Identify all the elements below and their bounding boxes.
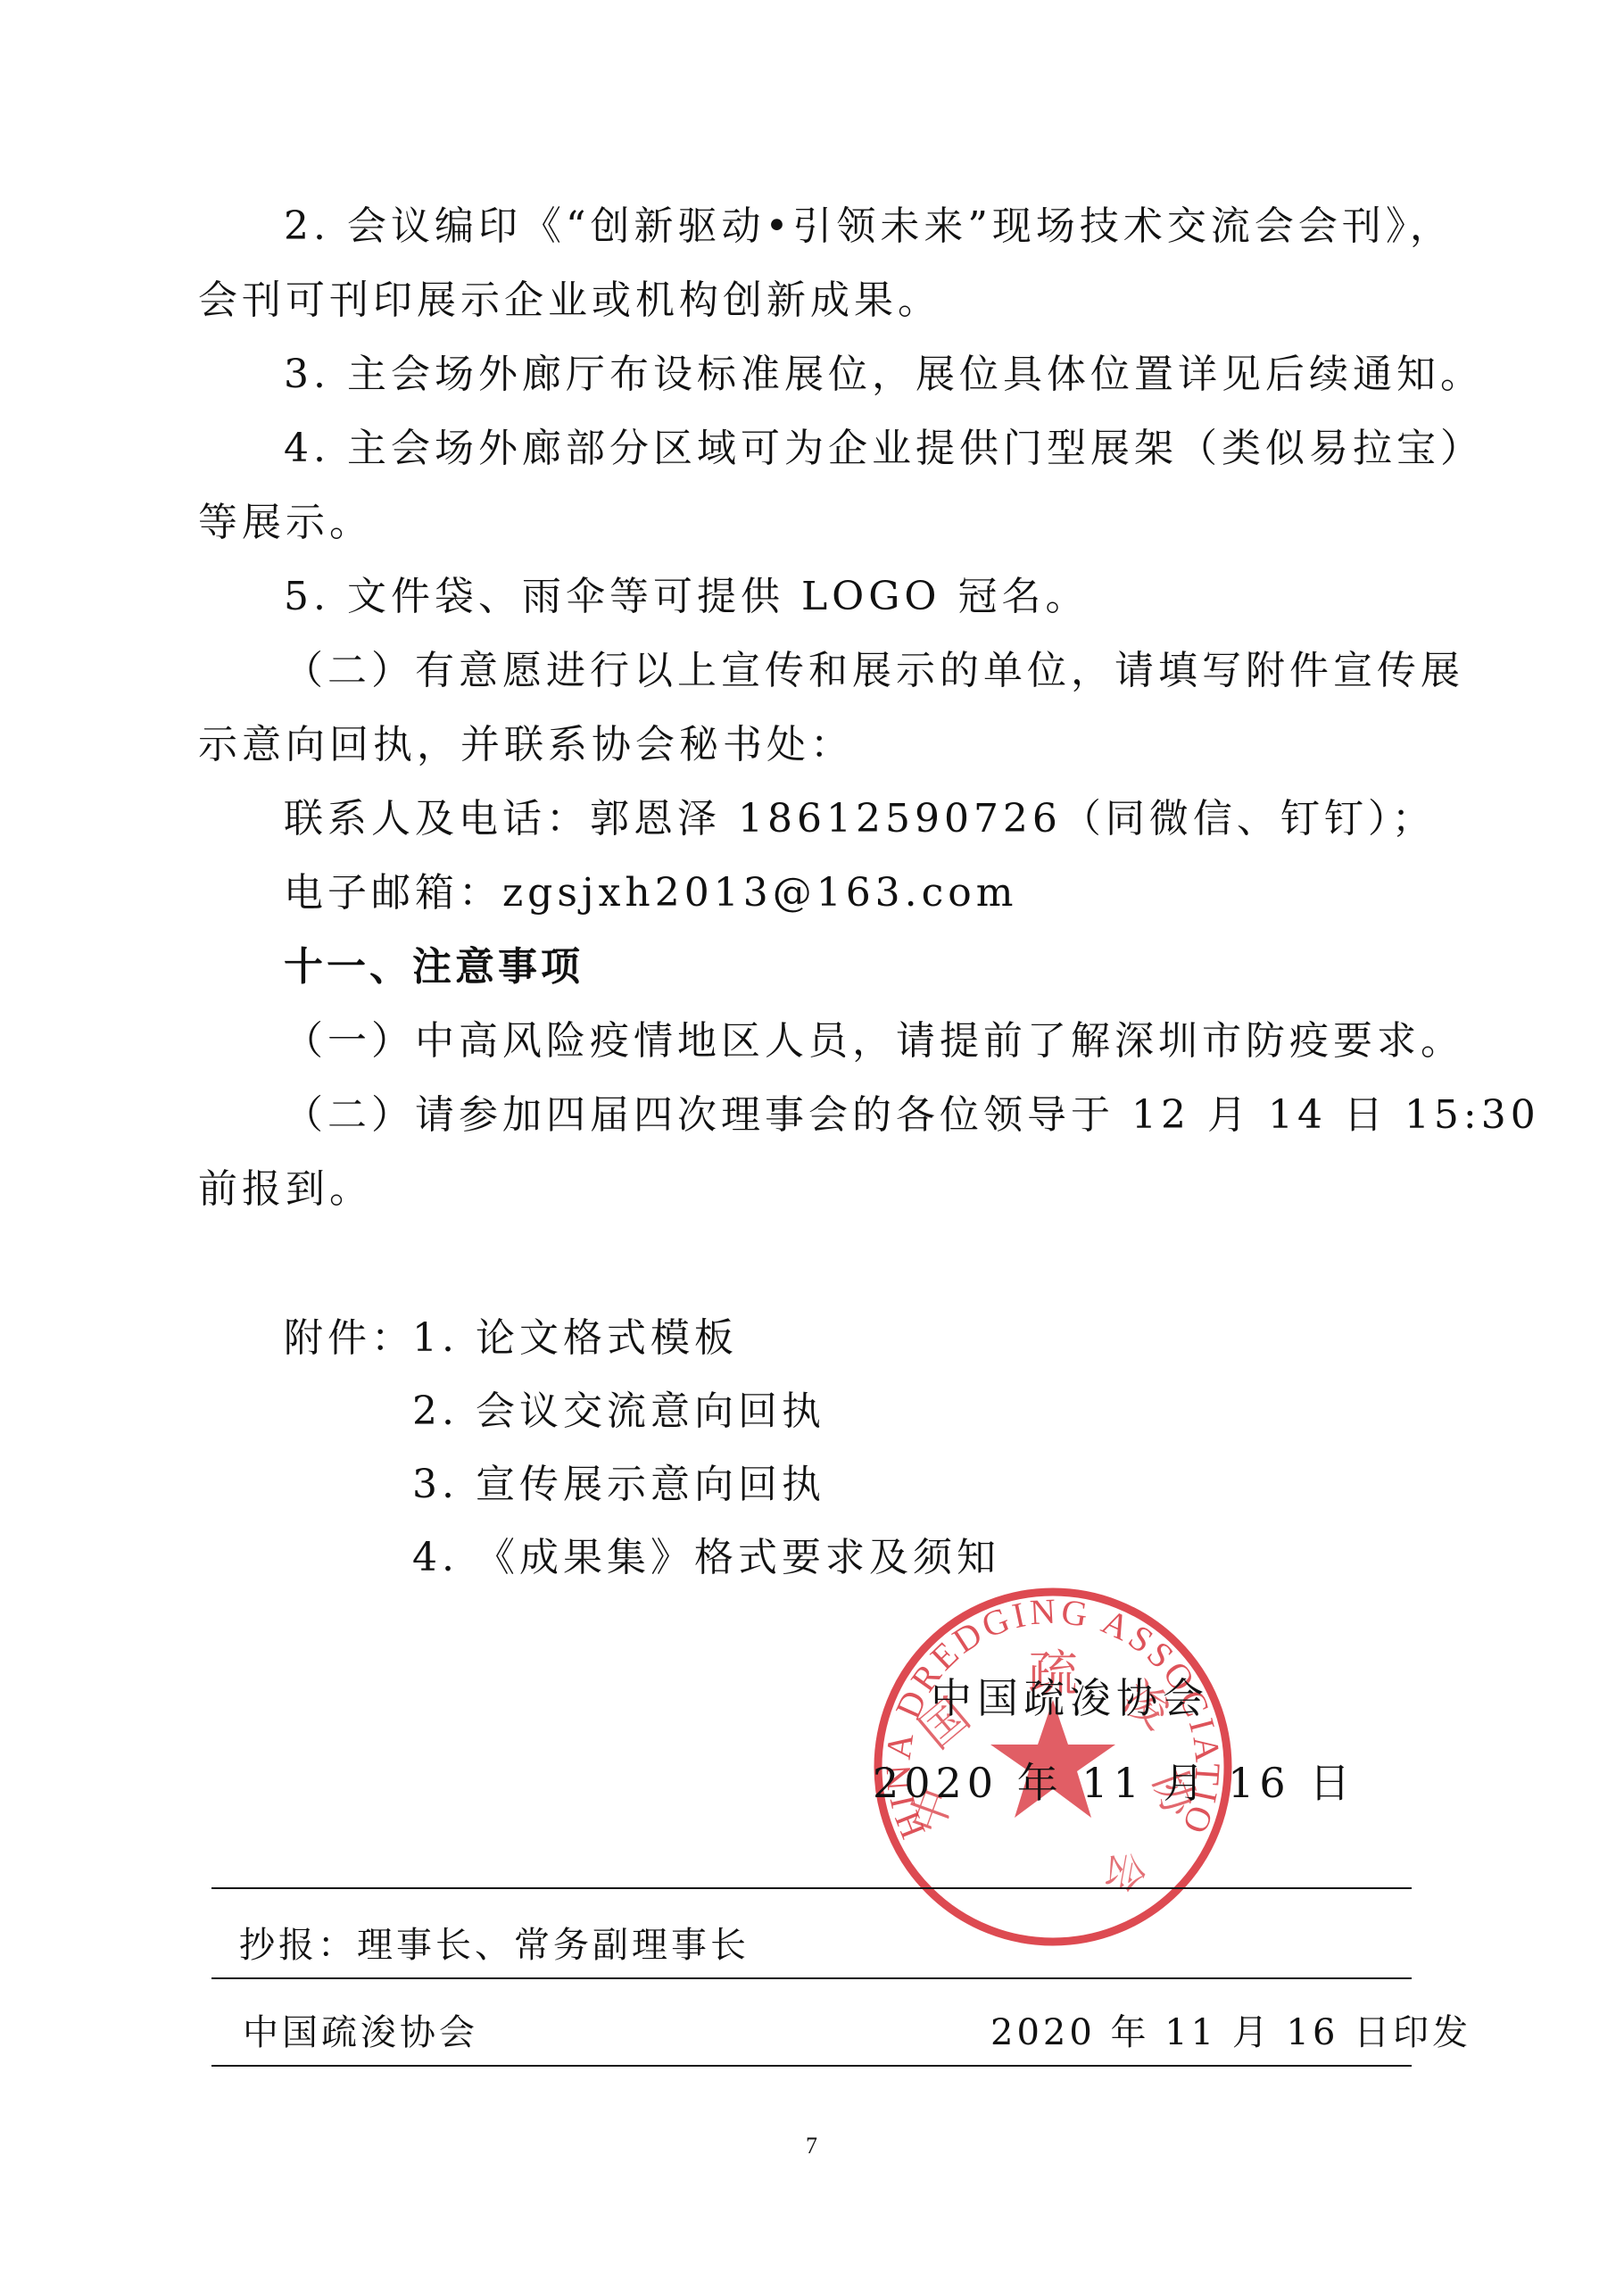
attachment-item: 2. 会议交流意向回执 [412,1385,825,1438]
footer-divider-bottom [211,2065,1412,2067]
attachment-item: 4. 《成果集》格式要求及须知 [412,1531,1000,1585]
signature-date: 2020 年 11 月 16 日 [873,1756,1355,1810]
issue-date: 2020 年 11 月 16 日印发 [990,2008,1471,2058]
paragraph-item-4-cont: 等展示。 [198,496,373,550]
email-line: 电子邮箱：zgsjxh2013@163.com [284,866,1018,920]
paragraph-section-2: （二）有意愿进行以上宣传和展示的单位，请填写附件宣传展 [284,644,1464,698]
section-heading: 十一、注意事项 [284,941,584,994]
paragraph-section-2-cont: 示意向回执，并联系协会秘书处： [198,718,854,772]
note-2-cont: 前报到。 [198,1163,373,1216]
document-page: 2. 会议编印《“创新驱动•引领未来”现场技术交流会会刊》， 会刊可刊印展示企业… [0,0,1624,2296]
footer-divider-middle [211,1977,1412,1979]
page-number: 7 [806,2133,817,2159]
attachments-label: 附件： [284,1312,415,1365]
paragraph-item-2: 2. 会议编印《“创新驱动•引领未来”现场技术交流会会刊》， [284,200,1454,253]
note-1: （一）中高风险疫情地区人员，请提前了解深圳市防疫要求。 [284,1015,1464,1068]
cc-line: 抄报：理事长、常务副理事长 [239,1920,750,1970]
signature-organization: 中国疏浚协会 [931,1671,1209,1725]
issuer: 中国疏浚协会 [243,2008,478,2058]
contact-line: 联系人及电话：郭恩泽 18612590726（同微信、钉钉）； [284,792,1436,846]
attachment-item: 3. 宣传展示意向回执 [412,1458,825,1512]
note-2: （二）请参加四届四次理事会的各位领导于 12 月 14 日 15:30 [284,1089,1540,1142]
paragraph-item-5: 5. 文件袋、雨伞等可提供 LOGO 冠名。 [284,570,1089,624]
paragraph-item-3: 3. 主会场外廊厅布设标准展位，展位具体位置详见后续通知。 [284,348,1484,402]
paragraph-item-4: 4. 主会场外廊部分区域可为企业提供门型展架（类似易拉宝） [284,422,1484,476]
paragraph-item-2-cont: 会刊可刊印展示企业或机构创新成果。 [198,274,941,327]
footer-divider-top [211,1887,1412,1889]
attachment-item: 1. 论文格式模板 [412,1312,738,1365]
